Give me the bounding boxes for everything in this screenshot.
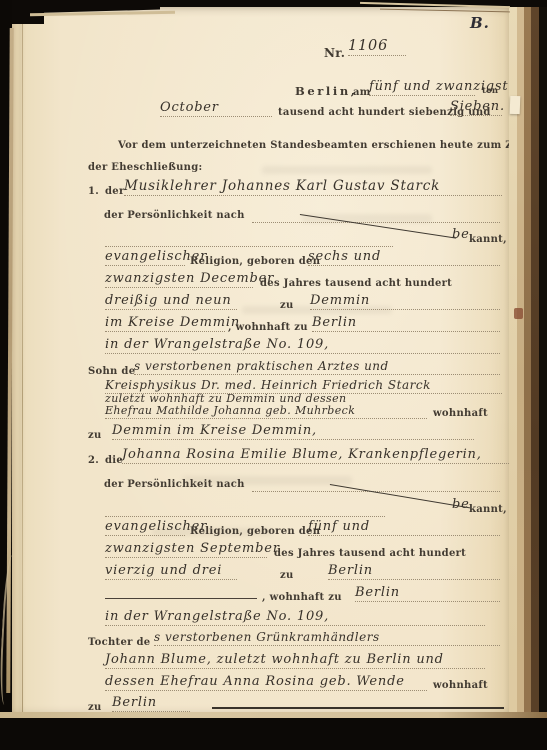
identity-strike-line	[330, 484, 470, 508]
identity-blank-rule	[252, 222, 500, 223]
groom-known-handwritten: be	[452, 227, 470, 242]
page-edge-label	[510, 96, 521, 114]
bride-religion-label: Religion, geboren den	[190, 526, 320, 537]
bride-parents-line2: Johann Blume, zuletzt wohnhaft zu Berlin…	[105, 652, 485, 669]
bride-wohnhaft-label: , wohnhaft zu	[262, 592, 342, 603]
bride-wohnhaft2-label: wohnhaft	[433, 680, 488, 691]
intro-line-2: der Eheschließung:	[88, 162, 203, 173]
groom-known-printed: kannt,	[469, 234, 507, 245]
bride-birth-year: vierzig und drei	[105, 563, 237, 580]
bride-parents-residence: Berlin	[112, 695, 190, 712]
groom-birth-place-cont: im Kreise Demmin	[105, 315, 225, 332]
bride-article: die	[105, 455, 123, 466]
register-page: B. Nr. 1106 Berlin, am fünf und zwanzigs…	[12, 6, 509, 718]
registry-number-value: 1106	[348, 38, 406, 56]
bride-birth-day-cont: zwanzigsten September	[105, 541, 267, 558]
groom-birth-year: dreißig und neun	[105, 293, 237, 310]
bride-identity-label: der Persönlichkeit nach	[104, 479, 245, 490]
groom-zu2-label: zu	[88, 430, 102, 441]
groom-son-label: Sohn de	[88, 366, 135, 377]
groom-wohnhaft-label: , wohnhaft zu	[228, 322, 308, 333]
groom-birth-day: sechs und	[308, 249, 500, 266]
groom-parents-residence: Demmin im Kreise Demmin,	[112, 423, 474, 440]
bride-birth-day: fünf und	[308, 519, 500, 536]
bride-parents-line3: dessen Ehefrau Anna Rosina geb. Wende	[105, 674, 427, 691]
groom-article: der	[105, 186, 125, 197]
groom-identity-label: der Persönlichkeit nach	[104, 210, 245, 221]
bride-religion-handwritten: evangelischer	[105, 519, 185, 536]
groom-religion-label: Religion, geboren den	[190, 256, 320, 267]
photo-background-bottom	[0, 718, 547, 750]
groom-birth-place: Demmin	[310, 293, 500, 310]
bride-name: Johanna Rosina Emilie Blume, Krankenpfle…	[122, 447, 519, 464]
wedding-year-handwritten: Sieben.	[450, 99, 502, 116]
bride-birthplace-cont-blank	[105, 598, 257, 599]
bride-parents-line1: s verstorbenen Grünkramhändlers	[154, 630, 500, 646]
book-page-edges	[531, 0, 539, 750]
city-name: Berlin,	[295, 84, 357, 98]
book-page-edges	[524, 0, 531, 750]
identity-blank-rule-2	[105, 516, 385, 517]
bride-year-label: des Jahres tausend acht hundert	[274, 548, 466, 559]
groom-birth-day-cont: zwanzigsten December	[105, 271, 253, 288]
groom-zu-label: zu	[280, 300, 294, 311]
photographed-register-book: B. Nr. 1106 Berlin, am fünf und zwanzigs…	[0, 0, 547, 750]
groom-year-label: des Jahres tausend acht hundert	[260, 278, 452, 289]
day-suffix-printed: ten	[482, 86, 498, 96]
page-fold-crease	[22, 6, 23, 718]
registry-number-label: Nr.	[324, 46, 345, 60]
groom-residence: Berlin	[312, 315, 500, 332]
page-edge-mark	[514, 308, 523, 319]
wedding-day-handwritten: fünf und zwanzigst	[369, 79, 475, 96]
bride-item-number: 2.	[88, 455, 99, 466]
wedding-month-handwritten: October	[160, 100, 272, 117]
groom-name: Musiklehrer Johannes Karl Gustav Starck	[124, 178, 502, 196]
groom-item-number: 1.	[88, 186, 99, 197]
identity-blank-rule-2	[105, 246, 393, 247]
bride-birth-place: Berlin	[328, 563, 500, 580]
photo-background-right	[539, 0, 547, 750]
bride-residence: Berlin	[355, 585, 500, 602]
bride-zu-label: zu	[280, 570, 294, 581]
intro-line-1: Vor dem unterzeichneten Standesbeamten e…	[118, 140, 542, 151]
groom-wohnhaft2-label: wohnhaft	[433, 408, 488, 419]
bride-address: in der Wrangelstraße No. 109,	[105, 609, 485, 626]
bride-daughter-label: Tochter de	[88, 637, 150, 648]
groom-religion-handwritten: evangelischer	[105, 249, 185, 266]
groom-parents-line4: Ehefrau Mathilde Johanna geb. Muhrbeck	[105, 404, 427, 419]
groom-address: in der Wrangelstraße No. 109,	[105, 337, 500, 354]
final-blank-rule	[212, 707, 504, 709]
bride-known-handwritten: be	[452, 497, 470, 512]
groom-parents-line1: s verstorbenen praktischen Arztes und	[134, 359, 500, 375]
page-letter: B.	[470, 14, 490, 32]
bride-known-printed: kannt,	[469, 504, 507, 515]
ink-bleedthrough	[262, 166, 432, 174]
